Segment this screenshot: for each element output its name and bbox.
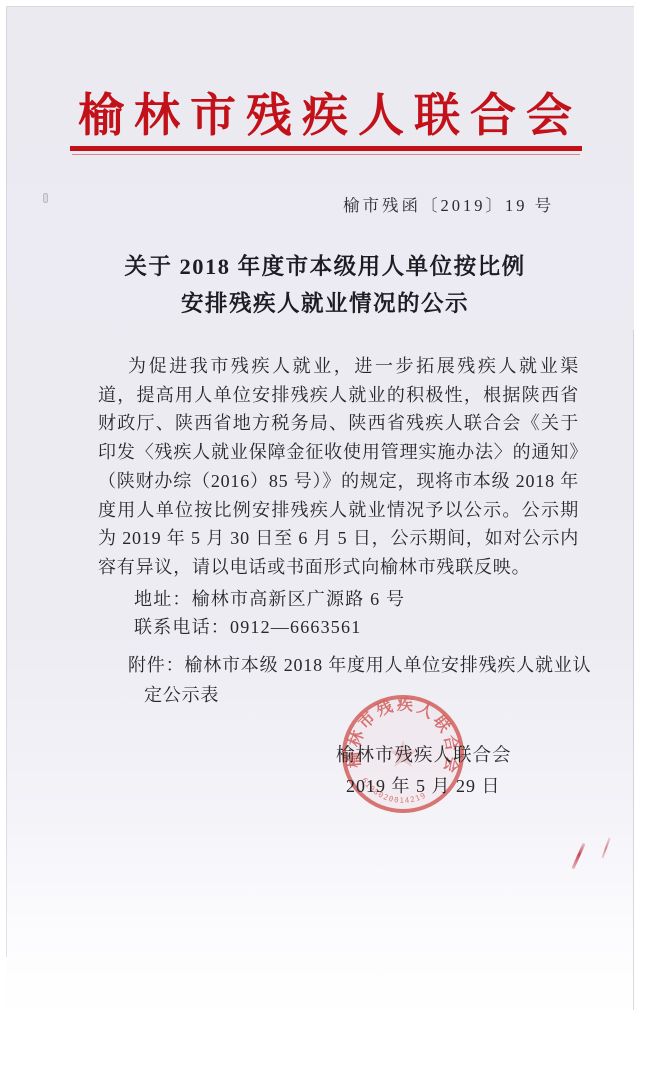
signature-date: 2019 年 5 月 29 日	[346, 772, 501, 798]
document-number: 榆市残函〔2019〕19 号	[343, 192, 554, 216]
letterhead-underline-echo	[72, 154, 580, 155]
letterhead-underline	[70, 146, 582, 151]
document-title-line1: 关于 2018 年度市本级用人单位按比例	[0, 249, 650, 281]
scanned-document-page: 榆林市残疾人联合会 榆市残函〔2019〕19 号 关于 2018 年度市本级用人…	[0, 0, 650, 1070]
attachment-line2: 定公示表	[144, 681, 219, 707]
attachment-line1: 附件：榆林市本级 2018 年度用人单位安排残疾人就业认	[128, 651, 591, 677]
signature-org: 榆林市残疾人联合会	[336, 741, 512, 767]
scan-edge-left	[6, 7, 7, 957]
body-paragraph: 为促进我市残疾人就业，进一步拓展残疾人就业渠道，提高用人单位安排残疾人就业的积极…	[98, 352, 579, 582]
document-title-line2: 安排残疾人就业情况的公示	[0, 286, 650, 318]
scan-edge-right	[633, 330, 634, 1010]
address-line: 地址：榆林市高新区广源路 6 号	[134, 585, 405, 611]
letterhead-org-title: 榆林市残疾人联合会	[0, 90, 650, 142]
phone-line: 联系电话：0912—6663561	[134, 613, 361, 639]
scan-speck-artifact	[43, 193, 48, 203]
scan-edge-top	[6, 6, 634, 7]
